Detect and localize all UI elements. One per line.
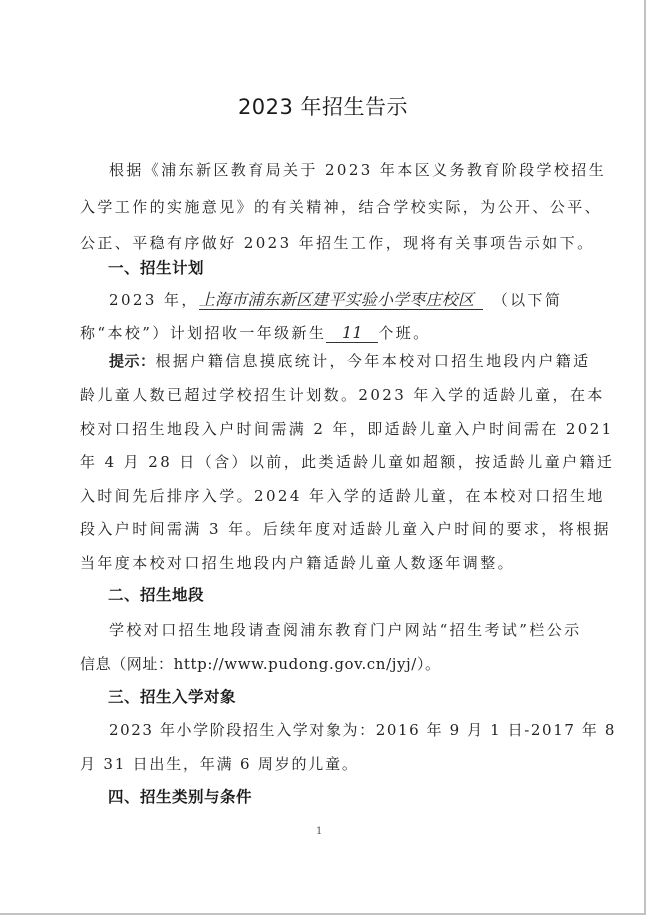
school-name-handwritten: 上海市浦东新区建平实验小学枣庄校区	[199, 290, 474, 309]
intro-line-2: 入学工作的实施意见》的有关精神，结合学校实际，为公开、公平、	[80, 197, 602, 217]
section-2-heading: 二、招生地段	[108, 585, 204, 605]
section-2-line-2: 信息（网址：http://www.pudong.gov.cn/jyj/）。	[80, 654, 441, 674]
section-2-line-1: 学校对口招生地段请查阅浦东教育门户网站“招生考试”栏公示	[109, 620, 582, 640]
tip-line-4: 年 4 月 28 日（含）以前，此类适龄儿童如超额，按适龄儿童户籍迁	[80, 452, 614, 472]
section-3-line-2: 月 31 日出生，年满 6 周岁的儿童。	[80, 754, 359, 774]
tip-line-7: 当年度本校对口招生地段内户籍适龄儿童人数逐年调整。	[80, 553, 515, 573]
tip-line-2: 龄儿童人数已超过学校招生计划数。2023 年入学的适龄儿童，在本	[80, 385, 605, 405]
abbreviation-prefix: （以下简	[493, 291, 563, 309]
page-number: 1	[316, 826, 322, 837]
intro-line-3: 公正、平稳有序做好 2023 年招生工作，现将有关事项告示如下。	[80, 233, 595, 253]
section-3-heading: 三、招生入学对象	[108, 687, 236, 707]
section-1-line-2: 称“本校”）计划招收一年级新生11个班。	[80, 323, 431, 343]
tip-line-6: 段入户时间需满 3 年。后续年度对适龄儿童入户时间的要求，将根据	[80, 519, 611, 539]
tip-line-5: 入时间先后排序入学。2024 年入学的适龄儿童，在本校对口招生地	[80, 486, 605, 506]
tip-label: 提示：	[109, 352, 156, 370]
document-page: 2023 年招生告示 根据《浦东新区教育局关于 2023 年本区义务教育阶段学校…	[0, 0, 646, 915]
school-name-field: 上海市浦东新区建平实验小学枣庄校区	[199, 291, 483, 310]
year-prefix: 2023 年，	[109, 291, 199, 309]
plan-text: 称“本校”）计划招收一年级新生	[80, 324, 326, 342]
class-count-field: 11	[326, 324, 378, 343]
section-1-heading: 一、招生计划	[108, 258, 204, 278]
section-1-line-1: 2023 年，上海市浦东新区建平实验小学枣庄校区（以下简	[109, 290, 562, 310]
class-unit: 个班。	[378, 324, 430, 342]
document-title: 2023 年招生告示	[0, 91, 646, 121]
tip-text: 根据户籍信息摸底统计，今年本校对口招生地段内户籍适	[156, 352, 591, 370]
class-count-handwritten: 11	[342, 323, 363, 342]
tip-line-3: 校对口招生地段入户时间需满 2 年，即适龄儿童入户时间需在 2021	[80, 419, 614, 439]
tip-line-1: 提示：根据户籍信息摸底统计，今年本校对口招生地段内户籍适	[109, 351, 591, 371]
section-4-heading: 四、招生类别与条件	[108, 787, 252, 807]
intro-line-1: 根据《浦东新区教育局关于 2023 年本区义务教育阶段学校招生	[109, 160, 606, 180]
section-3-line-1: 2023 年小学阶段招生入学对象为：2016 年 9 月 1 日-2017 年 …	[109, 720, 616, 740]
